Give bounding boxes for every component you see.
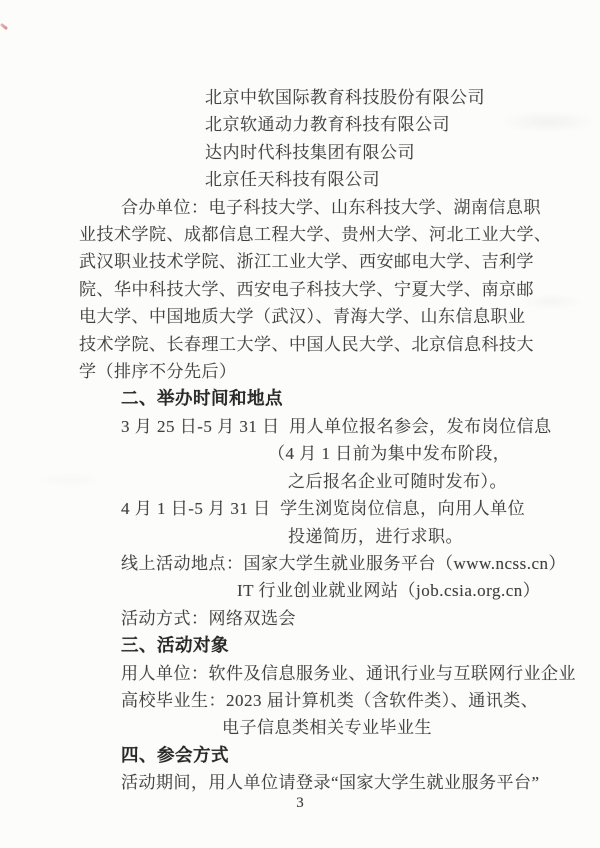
co-organizer-line: 武汉职业技术学院、浙江工业大学、西安邮电大学、吉利学 bbox=[79, 248, 539, 275]
co-organizer-line: 合办单位：电子科技大学、山东科技大学、湖南信息职 bbox=[79, 194, 539, 221]
organizer-company-line: 北京中软国际教育科技股份有限公司 bbox=[79, 84, 539, 111]
schedule-line: （4 月 1 日前为集中发布阶段， bbox=[79, 440, 539, 467]
scanned-document-page: 北京中软国际教育科技股份有限公司 北京软通动力教育科技有限公司 达内时代科技集团… bbox=[0, 0, 600, 848]
activity-format-line: 活动方式：网络双选会 bbox=[79, 605, 539, 632]
section-heading-audience: 三、活动对象 bbox=[79, 632, 539, 659]
co-organizer-line: 技术学院、长春理工大学、中国人民大学、北京信息科技大 bbox=[79, 331, 539, 358]
document-body: 北京中软国际教育科技股份有限公司 北京软通动力教育科技有限公司 达内时代科技集团… bbox=[79, 84, 539, 797]
page-number: 3 bbox=[0, 794, 600, 812]
audience-line: 高校毕业生：2023 届计算机类（含软件类）、通讯类、 bbox=[79, 687, 539, 714]
venue-line: 线上活动地点：国家大学生就业服务平台（www.ncss.cn） bbox=[79, 550, 539, 577]
schedule-line: 投递简历，进行求职。 bbox=[79, 523, 539, 550]
venue-line: IT 行业创业就业网站（job.csia.org.cn） bbox=[79, 577, 539, 604]
red-pen-mark bbox=[0, 23, 8, 30]
audience-line: 用人单位：软件及信息服务业、通讯行业与互联网行业企业 bbox=[79, 660, 539, 687]
participation-line: 活动期间，用人单位请登录“国家大学生就业服务平台” bbox=[79, 769, 539, 796]
co-organizer-line: 业技术学院、成都信息工程大学、贵州大学、河北工业大学、 bbox=[79, 221, 539, 248]
co-organizer-line: 电大学、中国地质大学（武汉）、青海大学、山东信息职业 bbox=[79, 303, 539, 330]
organizer-company-line: 北京任天科技有限公司 bbox=[79, 166, 539, 193]
schedule-line: 之后报名企业可随时发布）。 bbox=[79, 468, 539, 495]
co-organizer-line: 学（排序不分先后） bbox=[79, 358, 539, 385]
section-heading-participation: 四、参会方式 bbox=[79, 742, 539, 769]
organizer-company-line: 达内时代科技集团有限公司 bbox=[79, 139, 539, 166]
schedule-line: 3 月 25 日-5 月 31 日 用人单位报名参会，发布岗位信息 bbox=[79, 413, 539, 440]
section-heading-time-venue: 二、举办时间和地点 bbox=[79, 385, 539, 412]
organizer-company-line: 北京软通动力教育科技有限公司 bbox=[79, 111, 539, 138]
co-organizer-line: 院、华中科技大学、西安电子科技大学、宁夏大学、南京邮 bbox=[79, 276, 539, 303]
schedule-line: 4 月 1 日-5 月 31 日 学生浏览岗位信息，向用人单位 bbox=[79, 495, 539, 522]
audience-line: 电子信息类相关专业毕业生 bbox=[79, 714, 539, 741]
